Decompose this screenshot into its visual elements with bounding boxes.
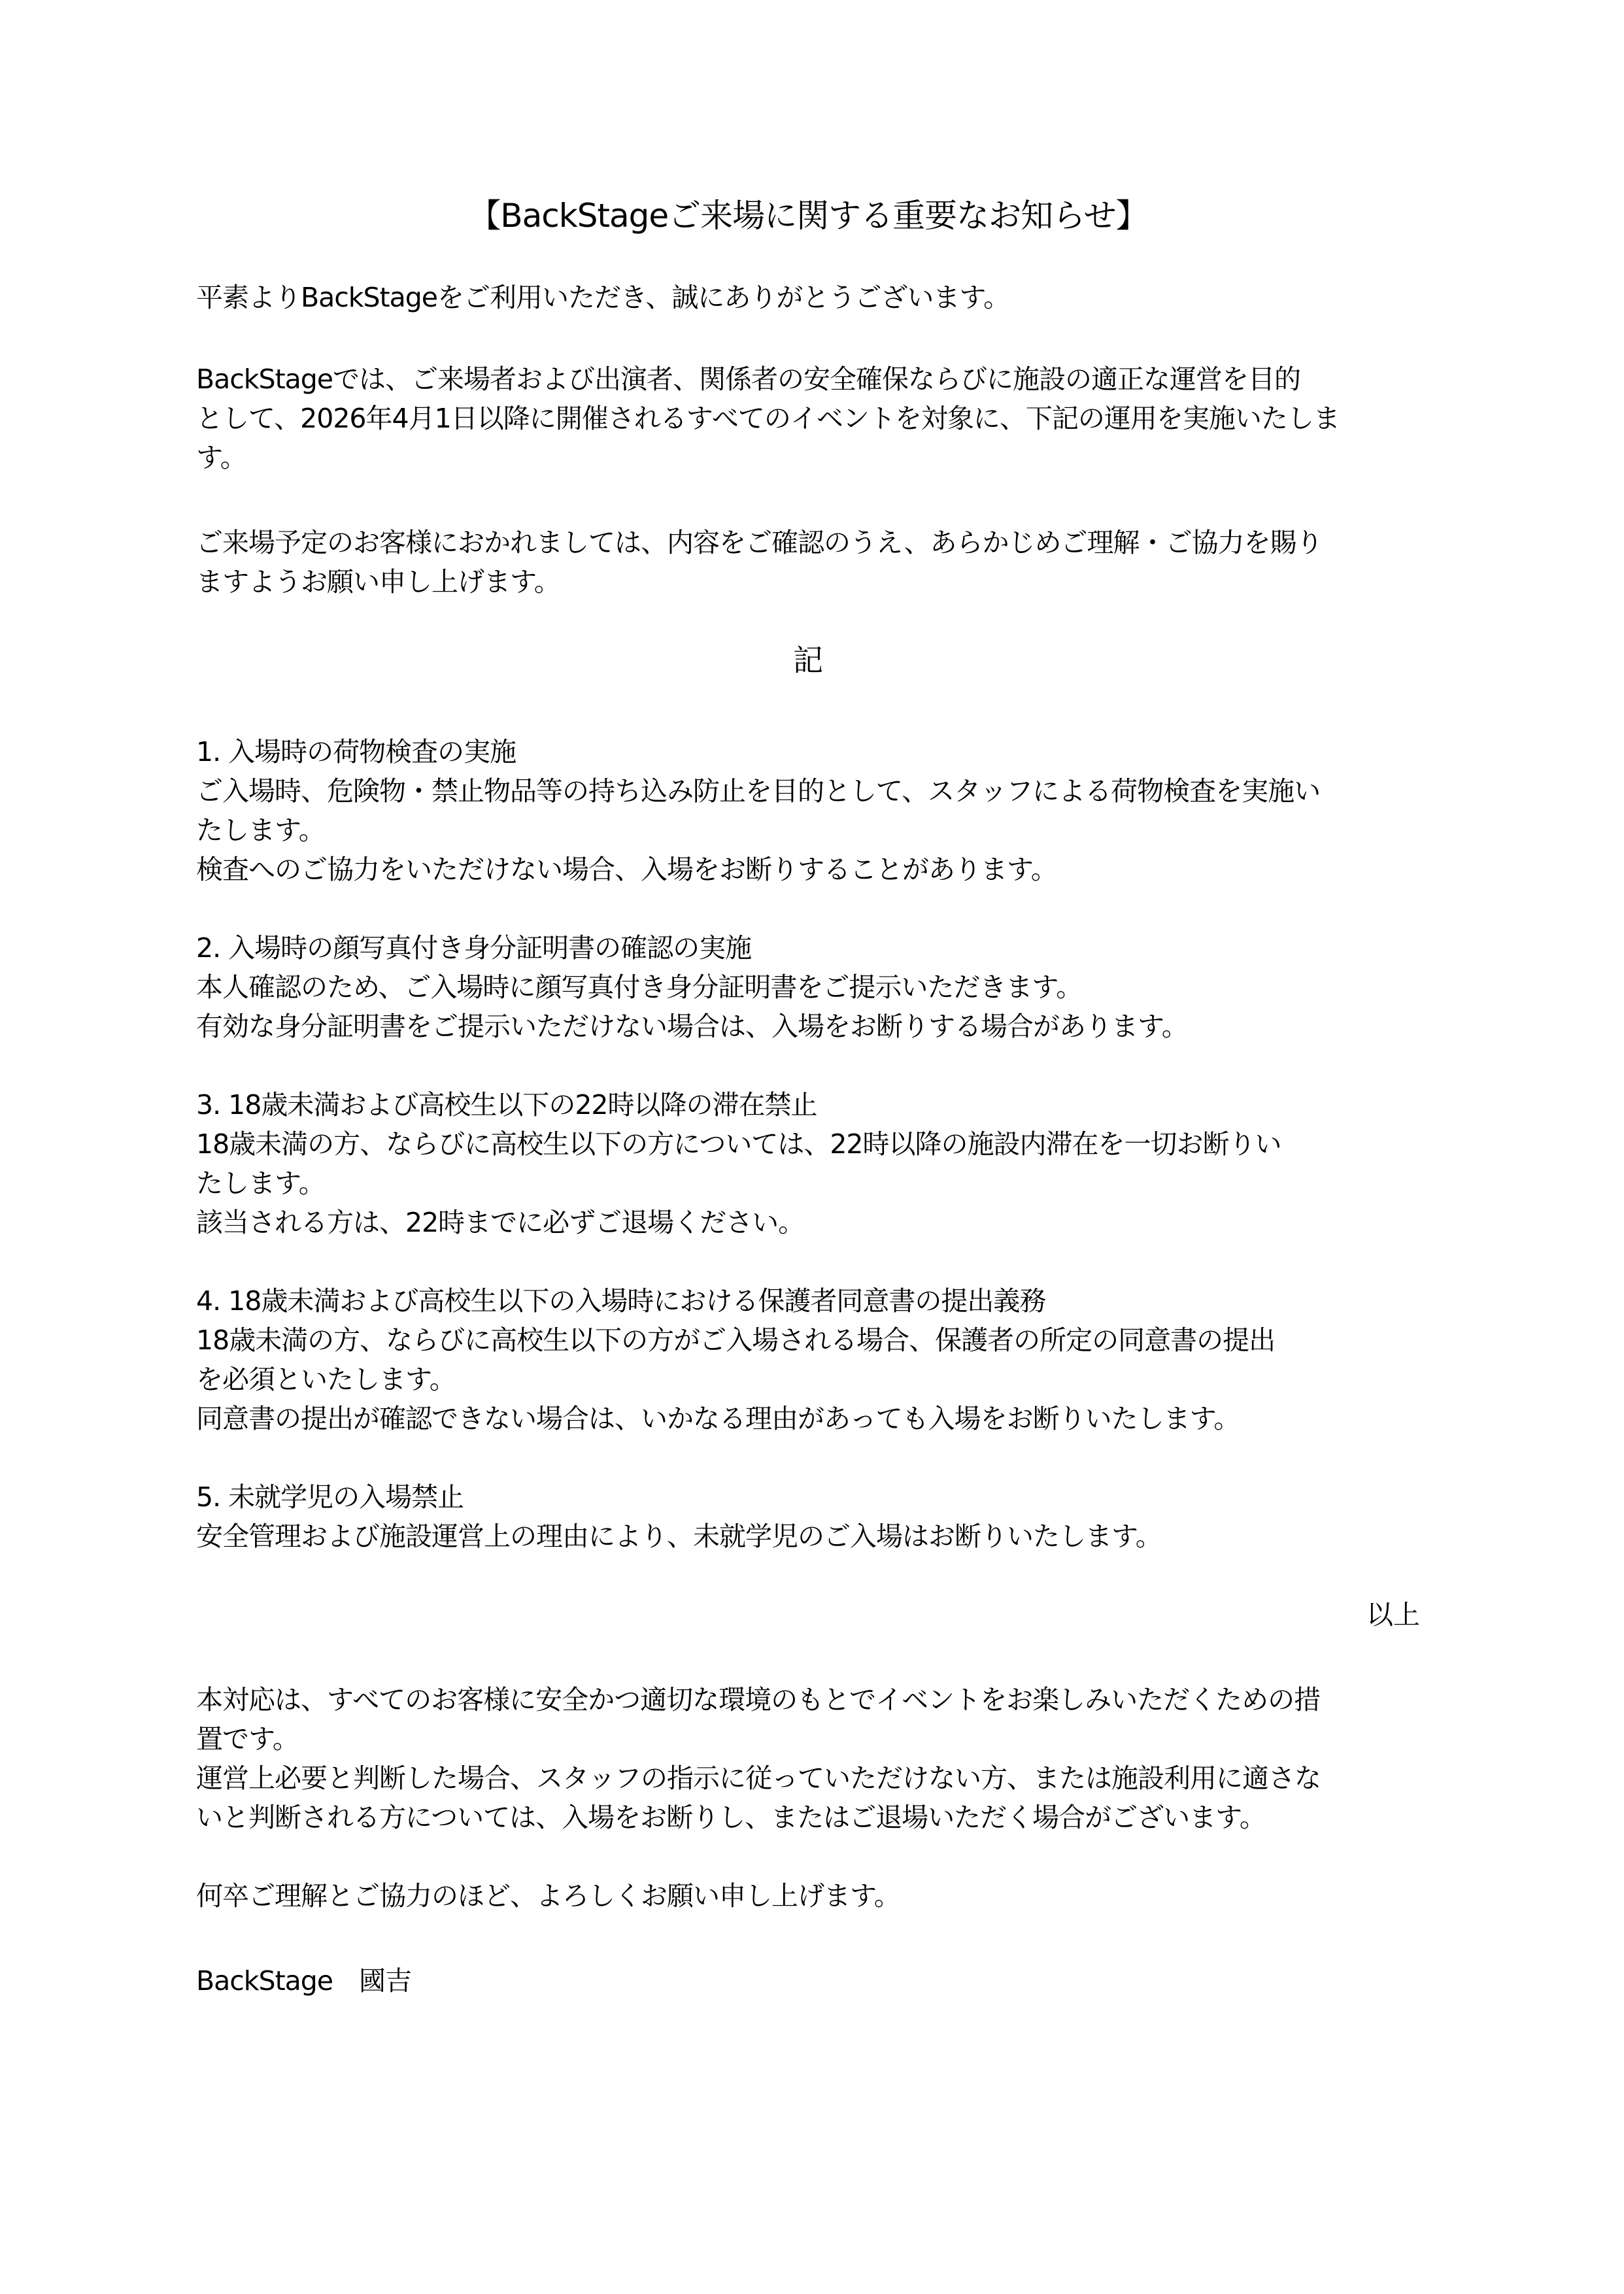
closing-line: 置です。 [196,1719,299,1759]
closing-line: 運営上必要と判断した場合、スタッフの指示に従っていただけない方、または施設利用に… [196,1759,1321,1798]
closing-line: いと判断される方については、入場をお断りし、またはご退場いただく場合がございます… [196,1798,1266,1837]
item-heading: 3. 18歳未満および高校生以下の22時以降の滞在禁止 [196,1085,817,1124]
request-line: ご来場予定のお客様におかれましては、内容をご確認のうえ、あらかじめご理解・ご協力… [196,523,1322,562]
item-line: ご入場時、危険物・禁止物品等の持ち込み防止を目的として、スタッフによる荷物検査を… [196,771,1320,811]
item-line: 安全管理および施設運営上の理由により、未就学児のご入場はお断りいたします。 [196,1517,1162,1556]
ijo-closing-mark: 以上 [1366,1595,1420,1634]
item-line: 18歳未満の方、ならびに高校生以下の方がご入場される場合、保護者の所定の同意書の… [196,1321,1275,1360]
ki-heading: 記 [196,639,1420,681]
item-line: たします。 [196,811,325,850]
item-line: 同意書の提出が確認できない場合は、いかなる理由があっても入場をお断りいたします。 [196,1399,1240,1438]
item-heading: 5. 未就学児の入場禁止 [196,1477,464,1517]
request-line: ますようお願い申し上げます。 [196,562,560,601]
item-line: 18歳未満の方、ならびに高校生以下の方については、22時以降の施設内滞在を一切お… [196,1124,1281,1164]
item-line: を必須といたします。 [196,1360,456,1399]
item-line: 本人確認のため、ご入場時に顔写真付き身分証明書をご提示いただきます。 [196,968,1082,1007]
intro-line: BackStageでは、ご来場者および出演者、関係者の安全確保ならびに施設の適正… [196,360,1300,399]
item-line: 検査へのご協力をいただけない場合、入場をお断りすることがあります。 [196,850,1057,889]
item-line: たします。 [196,1164,325,1203]
item-heading: 4. 18歳未満および高校生以下の入場時における保護者同意書の提出義務 [196,1281,1045,1321]
document-title: 【BackStageご来場に関する重要なお知らせ】 [196,195,1420,237]
item-heading: 2. 入場時の顔写真付き身分証明書の確認の実施 [196,928,751,968]
intro-line: として、2026年4月1日以降に開催されるすべてのイベントを対象に、下記の運用を… [196,399,1340,438]
intro-line: す。 [196,438,246,477]
signature: BackStage 國吉 [196,1961,411,2000]
closing-line: 本対応は、すべてのお客様に安全かつ適切な環境のもとでイベントをお楽しみいただくた… [196,1680,1320,1719]
greeting: 平素よりBackStageをご利用いただき、誠にありがとうございます。 [196,278,1009,317]
item-line: 有効な身分証明書をご提示いただけない場合は、入場をお断りする場合があります。 [196,1007,1188,1046]
item-heading: 1. 入場時の荷物検査の実施 [196,732,516,771]
item-line: 該当される方は、22時までに必ずご退場ください。 [196,1203,804,1242]
final-request: 何卒ご理解とご協力のほど、よろしくお願い申し上げます。 [196,1876,900,1915]
document-page: 【BackStageご来場に関する重要なお知らせ】 平素よりBackStageを… [0,0,1624,2294]
